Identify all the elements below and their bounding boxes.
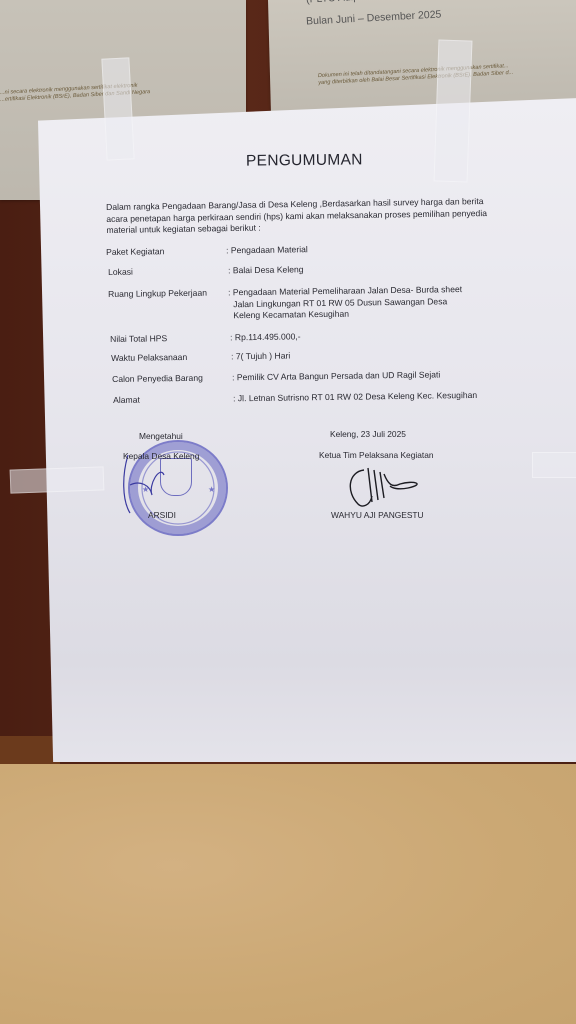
right-sign-role: Ketua Tim Pelaksana Kegiatan	[319, 450, 434, 460]
intro-paragraph: Dalam rangka Pengadaan Barang/Jasa di De…	[106, 196, 506, 237]
field-label: Alamat	[113, 395, 140, 405]
field-label: Lokasi	[108, 267, 133, 277]
field-value: : Pengadaan Material	[226, 244, 308, 257]
field-label: Nilai Total HPS	[110, 333, 167, 344]
field-label: Waktu Pelaksanaan	[111, 352, 187, 363]
svg-text:★: ★	[208, 485, 215, 494]
field-label: Calon Penyedia Barang	[112, 373, 203, 384]
page-title: PENGUMUMAN	[246, 151, 363, 170]
field-value-line3: Keleng Kecamatan Kesugihan	[233, 309, 349, 322]
field-value: : Rp.114.495.000,-	[230, 331, 301, 344]
left-sign-name: ARSIDI	[148, 510, 176, 520]
left-sign-role: Kepala Desa Keleng	[123, 451, 199, 461]
left-sign-heading: Mengetahui	[139, 431, 183, 441]
field-label: Ruang Lingkup Pekerjaan	[108, 288, 207, 299]
field-value: : 7( Tujuh ) Hari	[231, 350, 290, 362]
field-label: Paket Kegiatan	[106, 246, 164, 257]
field-value: : Pemilik CV Arta Bangun Persada dan UD …	[232, 369, 440, 384]
field-value: : Jl. Letnan Sutrisno RT 01 RW 02 Desa K…	[233, 390, 477, 405]
announcement-content: PENGUMUMAN Dalam rangka Pengadaan Barang…	[0, 0, 576, 1024]
place-date: Keleng, 23 Juli 2025	[330, 429, 406, 439]
field-value: : Balai Desa Keleng	[228, 264, 304, 277]
ketua-signature-icon	[344, 466, 428, 510]
right-sign-name: WAHYU AJI PANGESTU	[331, 510, 424, 520]
